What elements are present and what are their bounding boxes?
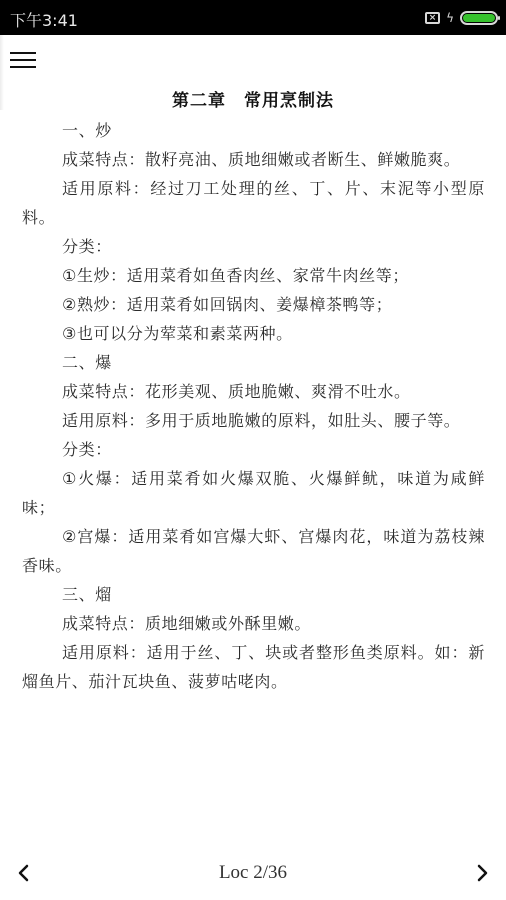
paragraph: ①火爆：适用菜肴如火爆双脆、火爆鲜鱿，味道为咸鲜味； — [0, 464, 506, 522]
paragraph: 成菜特点：散籽亮油、质地细嫩或者断生、鲜嫩脆爽。 — [0, 145, 506, 174]
status-bar: 下午3:41 × ϟ — [0, 0, 506, 35]
chapter-title: 第二章 常用烹制法 — [0, 86, 506, 116]
section-heading: 一、炒 — [0, 116, 506, 145]
reader-content: 第二章 常用烹制法 一、炒 成菜特点：散籽亮油、质地细嫩或者断生、鲜嫩脆爽。 适… — [0, 86, 506, 696]
paragraph: 适用原料：适用于丝、丁、块或者整形鱼类原料。如：新熘鱼片、茄汁瓦块鱼、菠萝咕咾肉… — [0, 638, 506, 696]
status-time: 下午3:41 — [10, 8, 78, 31]
sim-missing-icon: × — [425, 12, 440, 24]
battery-full-icon — [460, 11, 498, 25]
paragraph: 适用原料：多用于质地脆嫩的原料，如肚头、腰子等。 — [0, 406, 506, 435]
paragraph: 成菜特点：质地细嫩或外酥里嫩。 — [0, 609, 506, 638]
paragraph: ②宫爆：适用菜肴如宫爆大虾、宫爆肉花，味道为荔枝辣香味。 — [0, 522, 506, 580]
battery-level — [463, 14, 495, 22]
chevron-right-icon — [470, 861, 494, 885]
reader-footer: Loc 2/36 — [0, 855, 506, 895]
charging-bolt-icon: ϟ — [446, 11, 454, 25]
paragraph: 成菜特点：花形美观、质地脆嫩、爽滑不吐水。 — [0, 377, 506, 406]
paragraph: ②熟炒：适用菜肴如回锅肉、姜爆樟茶鸭等； — [0, 290, 506, 319]
paragraph: ③也可以分为荤菜和素菜两种。 — [0, 319, 506, 348]
location-indicator: Loc 2/36 — [0, 862, 506, 884]
hamburger-menu-icon[interactable] — [10, 50, 36, 70]
paragraph: 适用原料：经过刀工处理的丝、丁、片、末泥等小型原料。 — [0, 174, 506, 232]
section-heading: 二、爆 — [0, 348, 506, 377]
next-page-button[interactable] — [470, 861, 494, 885]
paragraph: 分类： — [0, 232, 506, 261]
status-icons: × ϟ — [425, 10, 498, 26]
paragraph: ①生炒：适用菜肴如鱼香肉丝、家常牛肉丝等； — [0, 261, 506, 290]
section-heading: 三、熘 — [0, 580, 506, 609]
paragraph: 分类： — [0, 435, 506, 464]
